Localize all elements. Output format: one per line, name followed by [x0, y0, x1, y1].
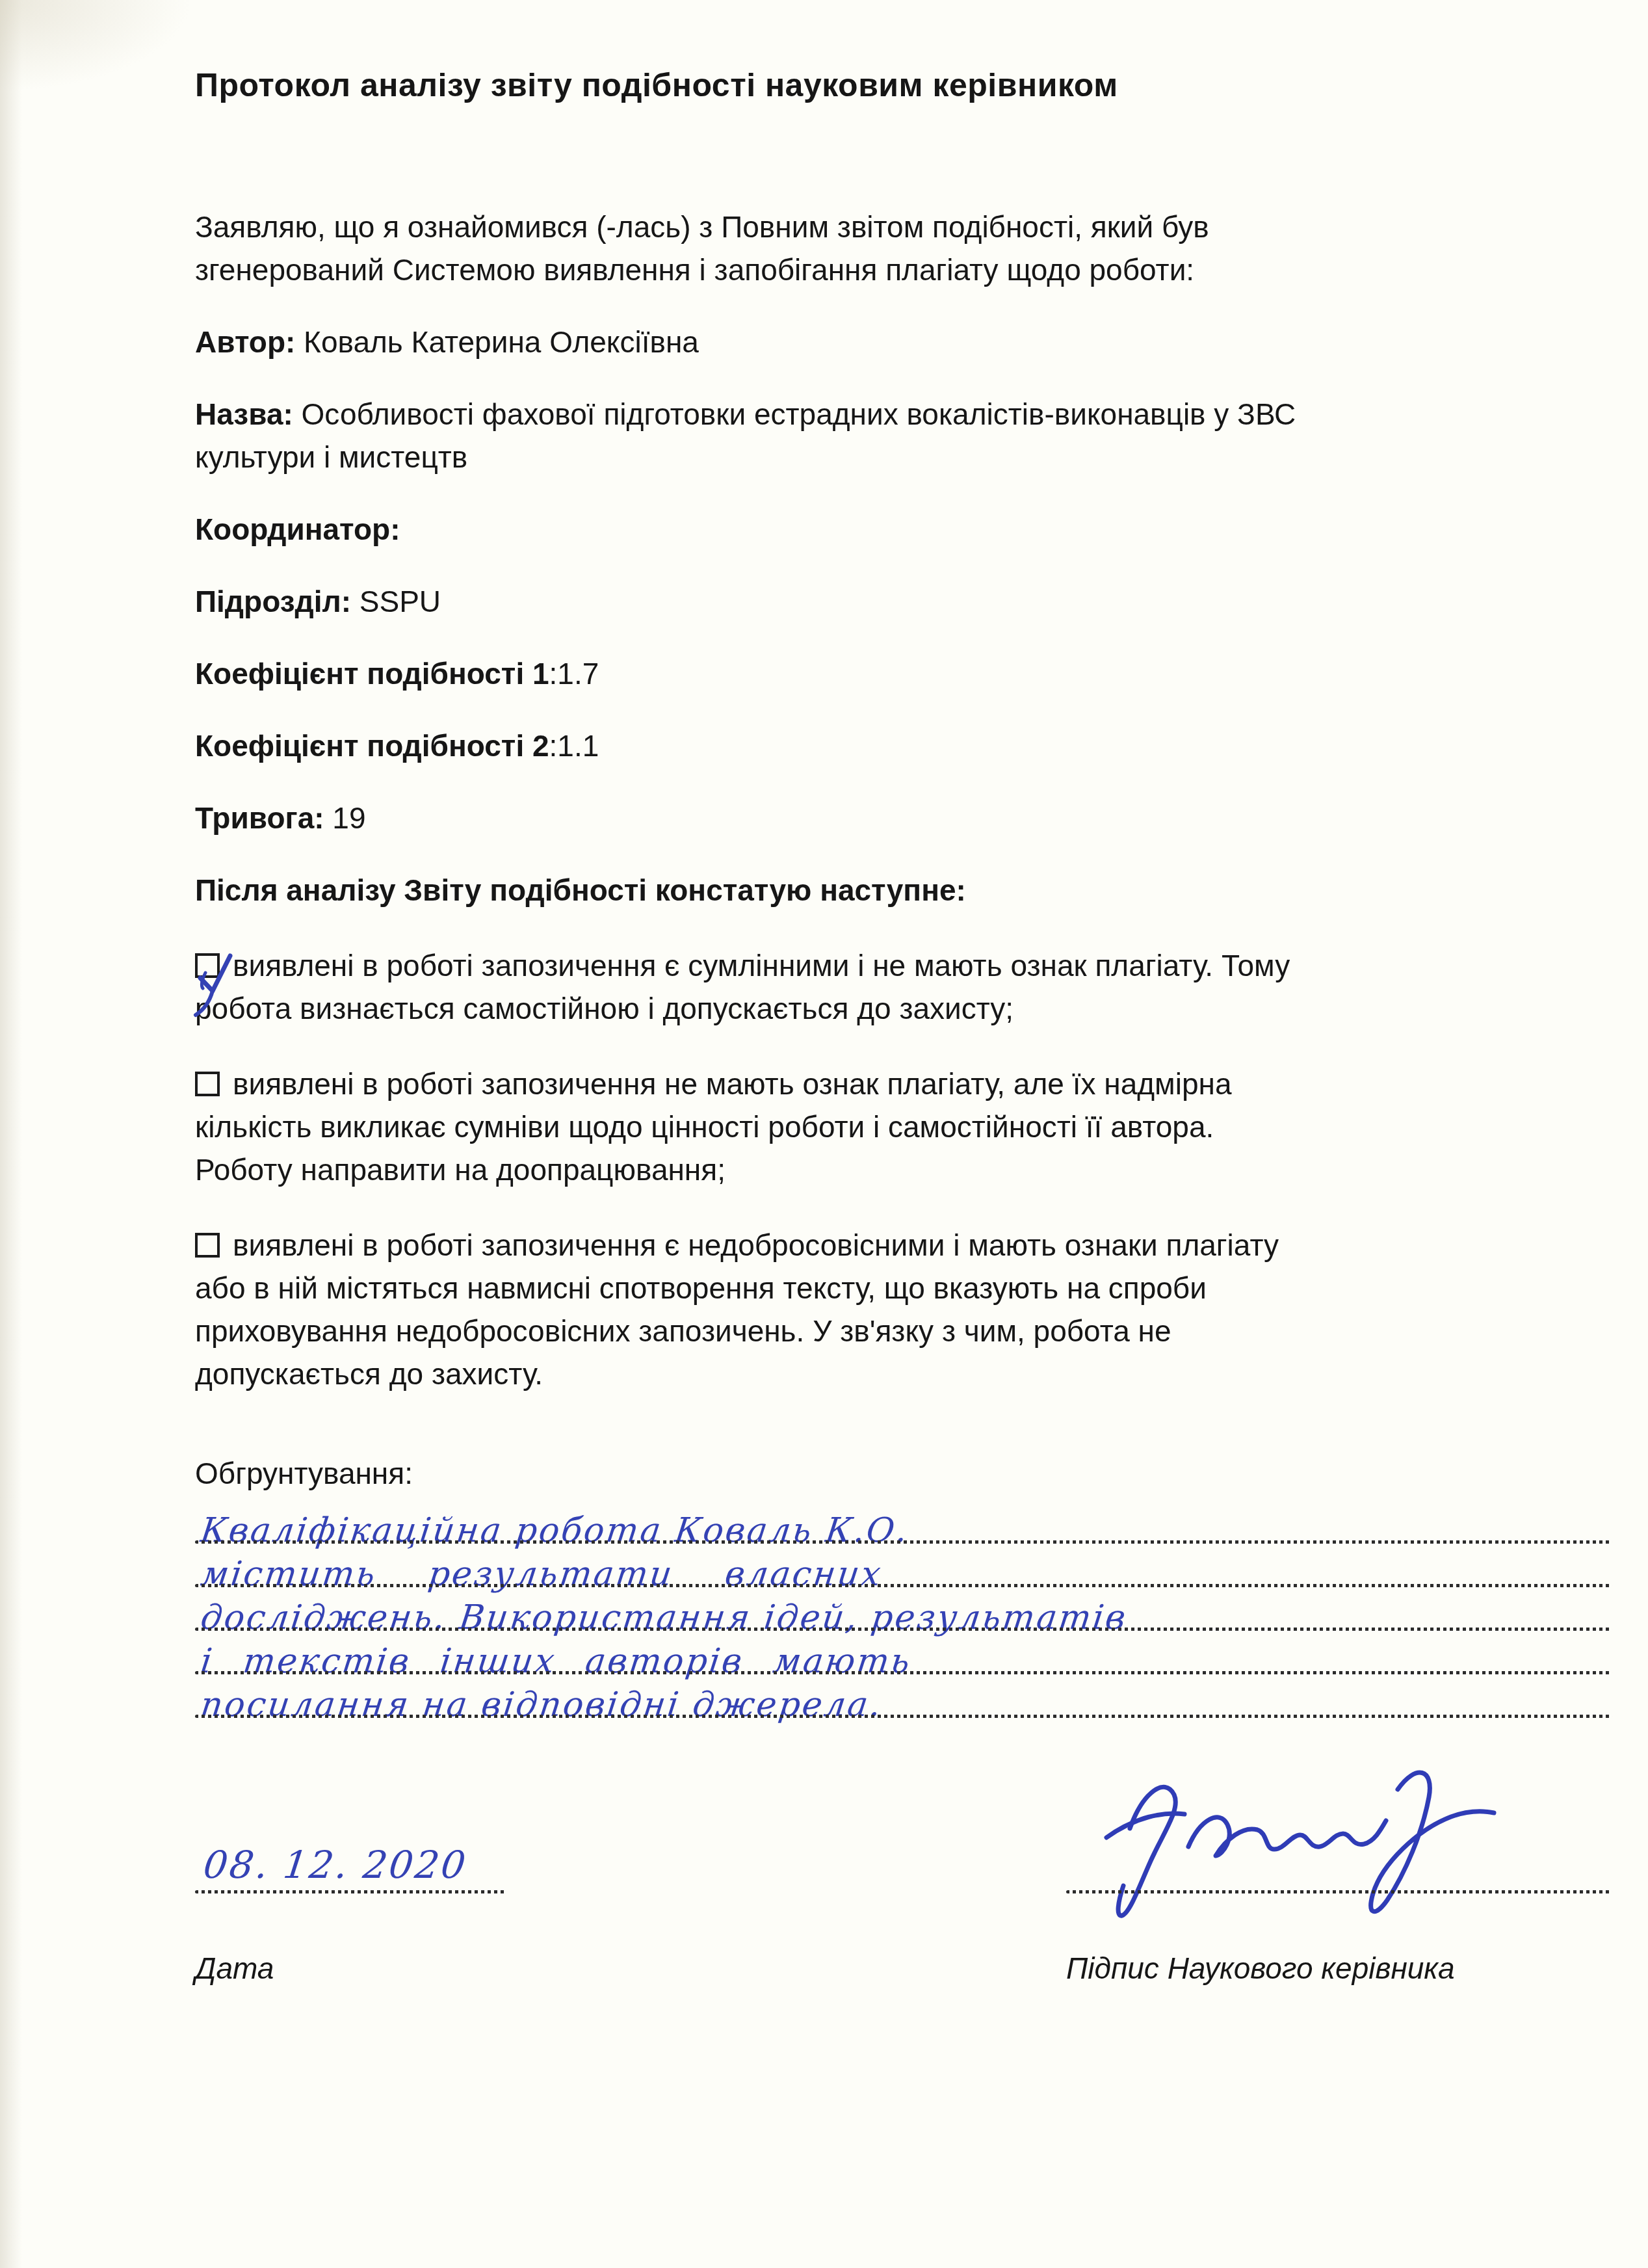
statement-heading: Після аналізу Звіту подібності констатую…: [195, 869, 1612, 912]
justification-line: і текстів інших авторів мають: [195, 1631, 1612, 1674]
checkbox-square: [195, 1072, 220, 1096]
option-conscientious: виявлені в роботі запозичення є сумлінни…: [195, 944, 1612, 1030]
date-signature-row: 08. 12. 2020: [195, 1757, 1612, 1893]
signature-caption: Підпис Наукового керівника: [1066, 1947, 1612, 1990]
justification-line: посилання на відповідні джерела.: [195, 1674, 1612, 1718]
option-3-text: виявлені в роботі запозичення є недоброс…: [195, 1228, 1279, 1391]
justification-line: містить результати власних: [195, 1544, 1612, 1587]
handwritten-date: 08. 12. 2020: [202, 1846, 512, 1884]
date-cell: 08. 12. 2020: [195, 1846, 507, 1893]
bottom-labels-row: Дата Підпис Наукового керівника: [195, 1947, 1612, 1990]
option-1-text: виявлені в роботі запозичення є сумлінни…: [195, 949, 1290, 1025]
date-dotted-rule: [195, 1890, 507, 1893]
alert-value: 19: [324, 801, 366, 835]
dotted-rule: [195, 1715, 1612, 1718]
justification-line: досліджень. Використання ідей, результат…: [195, 1587, 1612, 1631]
department-row: Підрозділ: SSPU: [195, 580, 1612, 623]
alert-row: Тривога: 19: [195, 797, 1612, 839]
scanned-protocol-page: Протокол аналізу звіту подібності науков…: [0, 0, 1648, 2268]
justification-label: Обгрунтування:: [195, 1452, 1612, 1495]
work-title-row: Назва: Особливості фахової підготовки ес…: [195, 393, 1612, 479]
page-content: Протокол аналізу звіту подібності науков…: [195, 0, 1612, 1990]
checkbox-square: [195, 953, 220, 978]
department-value: SSPU: [351, 585, 441, 618]
department-label: Підрозділ:: [195, 585, 351, 618]
author-label: Автор:: [195, 325, 295, 359]
intro-paragraph: Заявляю, що я ознайомився (-лась) з Повн…: [195, 205, 1612, 291]
coordinator-row: Координатор:: [195, 508, 1612, 551]
signature-cell: [1066, 1757, 1612, 1893]
coefficient1-row: Коефіцієнт подібності 1:1.7: [195, 652, 1612, 695]
work-title-label: Назва:: [195, 397, 293, 431]
alert-label: Тривога:: [195, 801, 324, 835]
coefficient1-label: Коефіцієнт подібності 1: [195, 657, 549, 691]
coordinator-label: Координатор:: [195, 512, 400, 546]
option-2-text: виявлені в роботі запозичення не мають о…: [195, 1067, 1231, 1187]
page-title: Протокол аналізу звіту подібності науков…: [195, 64, 1612, 107]
supervisor-signature: [1073, 1752, 1502, 1927]
signature-dotted-rule: [1066, 1890, 1612, 1893]
justification-line: Кваліфікаційна робота Коваль К.О.: [195, 1500, 1612, 1544]
checkbox-option-3[interactable]: [195, 1233, 220, 1258]
author-row: Автор: Коваль Катерина Олексіївна: [195, 321, 1612, 363]
checkbox-option-2[interactable]: [195, 1072, 220, 1096]
coefficient2-value: :1.1: [549, 729, 599, 763]
work-title-value: Особливості фахової підготовки естрадних…: [195, 397, 1296, 474]
coefficient1-value: :1.7: [549, 657, 599, 691]
coefficient2-label: Коефіцієнт подібності 2: [195, 729, 549, 763]
checkbox-option-1[interactable]: [195, 953, 220, 978]
option-rejected: виявлені в роботі запозичення є недоброс…: [195, 1224, 1612, 1395]
author-value: Коваль Катерина Олексіївна: [295, 325, 699, 359]
checkbox-square: [195, 1233, 220, 1258]
justification-lines: Кваліфікаційна робота Коваль К.О. містит…: [195, 1500, 1612, 1718]
coefficient2-row: Коефіцієнт подібності 2:1.1: [195, 724, 1612, 767]
date-caption: Дата: [195, 1947, 274, 1990]
option-rework: виявлені в роботі запозичення не мають о…: [195, 1062, 1612, 1191]
